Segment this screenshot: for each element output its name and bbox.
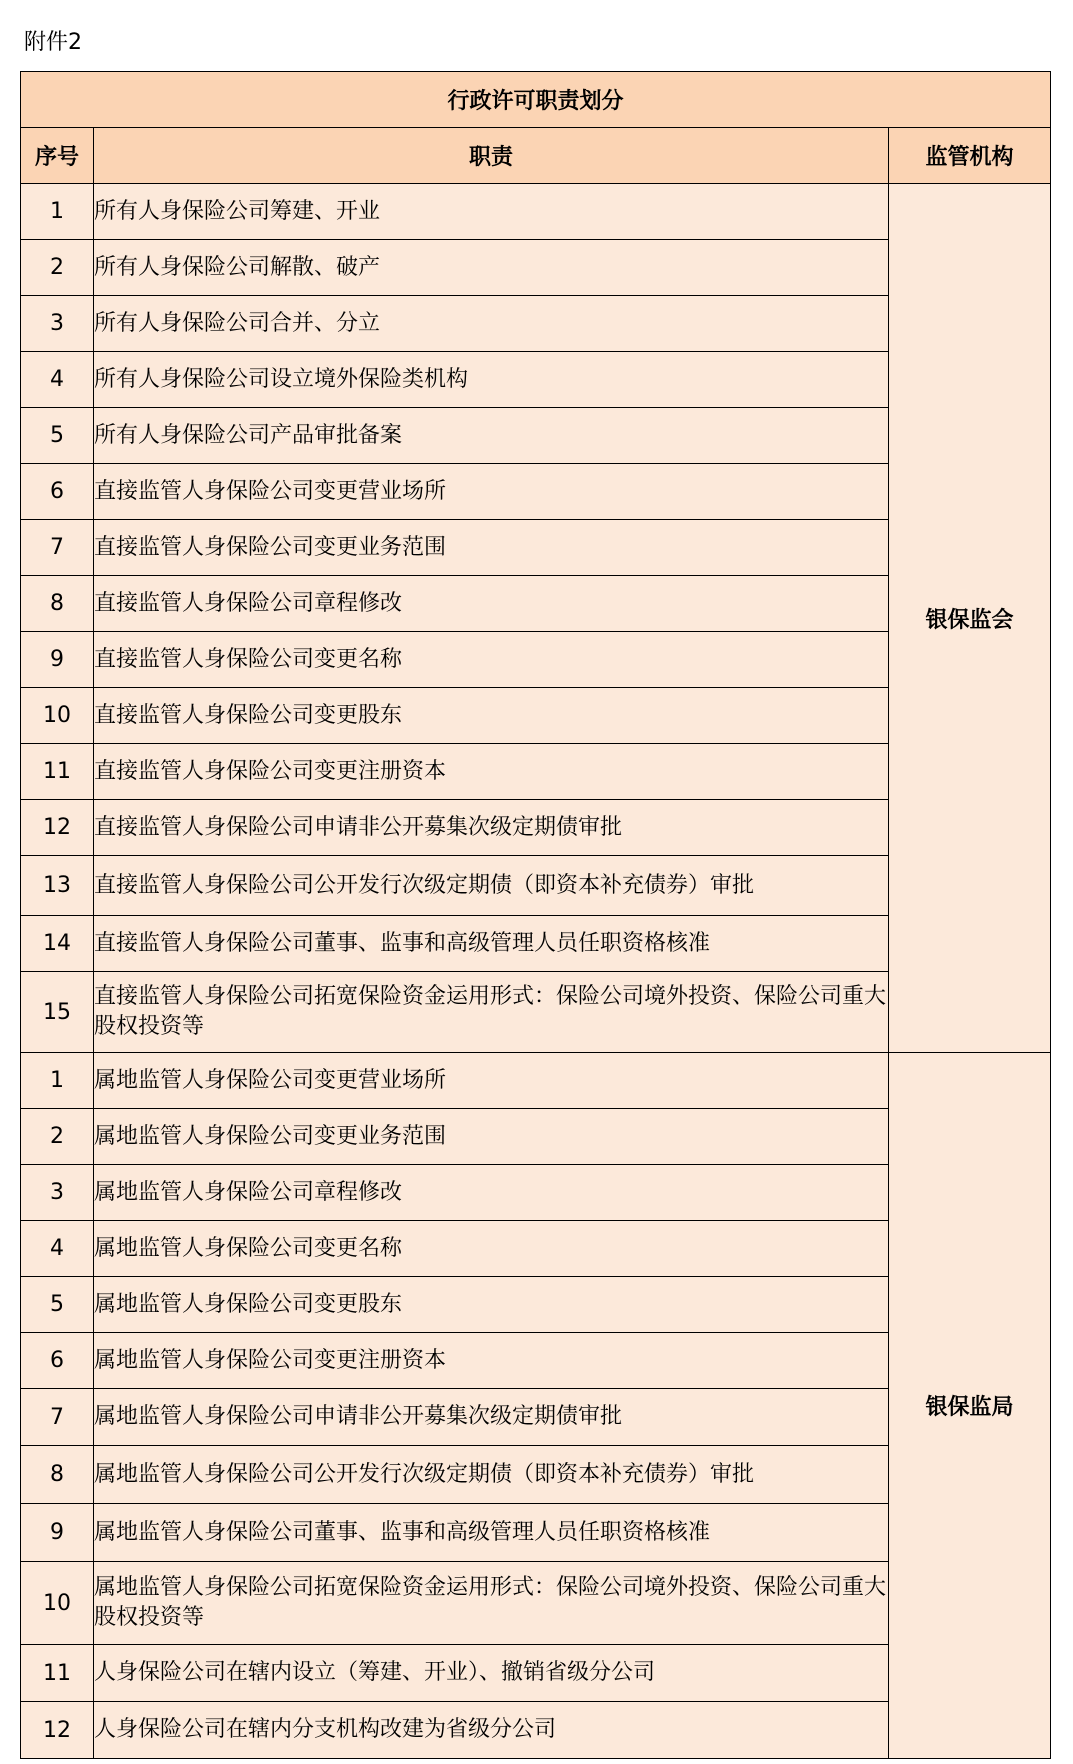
row-seq: 10 [21,1562,94,1645]
row-duty: 属地监管人身保险公司变更股东 [94,1277,889,1333]
row-duty: 直接监管人身保险公司变更营业场所 [94,464,889,520]
row-duty: 直接监管人身保险公司变更名称 [94,632,889,688]
row-duty: 直接监管人身保险公司公开发行次级定期债（即资本补充债券）审批 [94,856,889,916]
header-org: 监管机构 [889,128,1051,184]
row-duty: 属地监管人身保险公司变更名称 [94,1221,889,1277]
row-seq: 12 [21,1702,94,1759]
table-title-row: 行政许可职责划分 [21,72,1051,128]
attachment-label: 附件2 [24,30,82,56]
regulator-cell: 银保监局 [889,1053,1051,1759]
row-duty: 人身保险公司在辖内设立（筹建、开业）、撤销省级分公司 [94,1645,889,1702]
row-duty: 属地监管人身保险公司变更注册资本 [94,1333,889,1389]
row-seq: 11 [21,744,94,800]
row-seq: 4 [21,1221,94,1277]
row-seq: 10 [21,688,94,744]
regulator-cell: 银保监会 [889,184,1051,1053]
row-duty: 所有人身保险公司设立境外保险类机构 [94,352,889,408]
row-seq: 14 [21,916,94,972]
row-duty: 属地监管人身保险公司章程修改 [94,1165,889,1221]
row-seq: 7 [21,1389,94,1446]
row-duty: 所有人身保险公司产品审批备案 [94,408,889,464]
row-duty: 属地监管人身保险公司董事、监事和高级管理人员任职资格核准 [94,1504,889,1562]
row-seq: 7 [21,520,94,576]
row-seq: 11 [21,1645,94,1702]
table-body: 1所有人身保险公司筹建、开业银保监会2所有人身保险公司解散、破产3所有人身保险公… [21,184,1051,1759]
table-row: 1属地监管人身保险公司变更营业场所银保监局 [21,1053,1051,1109]
row-seq: 3 [21,1165,94,1221]
row-duty: 所有人身保险公司合并、分立 [94,296,889,352]
table-header-row: 序号 职责 监管机构 [21,128,1051,184]
row-seq: 2 [21,1109,94,1165]
row-seq: 9 [21,1504,94,1562]
row-seq: 9 [21,632,94,688]
row-duty: 直接监管人身保险公司章程修改 [94,576,889,632]
row-seq: 8 [21,576,94,632]
row-seq: 6 [21,464,94,520]
row-seq: 8 [21,1446,94,1504]
row-seq: 4 [21,352,94,408]
row-duty: 所有人身保险公司解散、破产 [94,240,889,296]
duty-division-table: 行政许可职责划分 序号 职责 监管机构 1所有人身保险公司筹建、开业银保监会2所… [20,71,1051,1759]
row-duty: 属地监管人身保险公司公开发行次级定期债（即资本补充债券）审批 [94,1446,889,1504]
row-duty: 直接监管人身保险公司申请非公开募集次级定期债审批 [94,800,889,856]
row-duty: 直接监管人身保险公司拓宽保险资金运用形式：保险公司境外投资、保险公司重大股权投资… [94,972,889,1053]
row-seq: 2 [21,240,94,296]
row-seq: 5 [21,1277,94,1333]
row-duty: 所有人身保险公司筹建、开业 [94,184,889,240]
row-duty: 属地监管人身保险公司变更业务范围 [94,1109,889,1165]
row-duty: 属地监管人身保险公司变更营业场所 [94,1053,889,1109]
row-duty: 直接监管人身保险公司变更业务范围 [94,520,889,576]
row-seq: 1 [21,1053,94,1109]
row-seq: 6 [21,1333,94,1389]
row-duty: 属地监管人身保险公司拓宽保险资金运用形式：保险公司境外投资、保险公司重大股权投资… [94,1562,889,1645]
row-duty: 直接监管人身保险公司变更股东 [94,688,889,744]
row-seq: 12 [21,800,94,856]
row-duty: 属地监管人身保险公司申请非公开募集次级定期债审批 [94,1389,889,1446]
row-duty: 直接监管人身保险公司董事、监事和高级管理人员任职资格核准 [94,916,889,972]
row-seq: 3 [21,296,94,352]
header-seq: 序号 [21,128,94,184]
header-duty: 职责 [94,128,889,184]
row-seq: 15 [21,972,94,1053]
table-row: 1所有人身保险公司筹建、开业银保监会 [21,184,1051,240]
row-duty: 人身保险公司在辖内分支机构改建为省级分公司 [94,1702,889,1759]
row-seq: 1 [21,184,94,240]
table-title: 行政许可职责划分 [21,72,1051,128]
row-seq: 13 [21,856,94,916]
row-seq: 5 [21,408,94,464]
row-duty: 直接监管人身保险公司变更注册资本 [94,744,889,800]
